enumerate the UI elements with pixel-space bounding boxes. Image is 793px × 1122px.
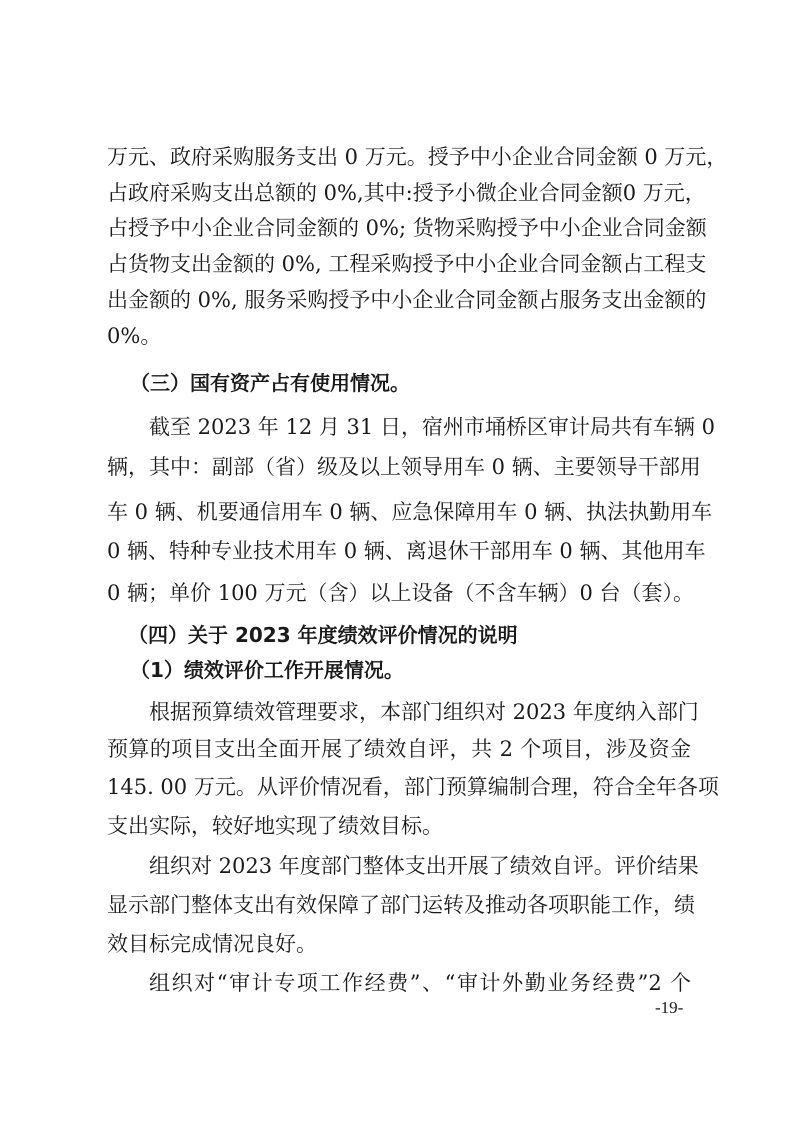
page-number: -19- [655, 998, 683, 1018]
section-heading-performance: （四）关于 2023 年度绩效评价情况的说明 [128, 622, 518, 648]
text-line: 占政府采购支出总额的 0%,其中:授予小微企业合同金额0 万元， [107, 180, 691, 206]
text-line: 辆，其中：副部（省）级及以上领导用车 0 辆、主要领导干部用 [107, 454, 691, 480]
text-line: 占货物支出金额的 0%, 工程采购授予中小企业合同金额占工程支 [107, 251, 691, 277]
text-line: 预算的项目支出全面开展了绩效自评，共 2 个项目，涉及资金 [107, 736, 691, 762]
text-line: 出金额的 0%, 服务采购授予中小企业合同金额占服务支出金额的 [107, 287, 691, 313]
text-line: 支出实际，较好地实现了绩效目标。 [107, 813, 691, 839]
text-line: 截至 2023 年 12 月 31 日，宿州市埇桥区审计局共有车辆 0 [149, 414, 691, 440]
text-line: 组织对 2023 年度部门整体支出开展了绩效自评。评价结果 [149, 853, 691, 879]
text-line: 万元、政府采购服务支出 0 万元。授予中小企业合同金额 0 万元， [107, 144, 691, 170]
subsection-heading-eval-work: （1）绩效评价工作开展情况。 [130, 657, 404, 683]
text-line: 0 辆；单价 100 万元（含）以上设备（不含车辆）0 台（套）。 [107, 580, 691, 606]
document-page: 万元、政府采购服务支出 0 万元。授予中小企业合同金额 0 万元， 占政府采购支… [0, 0, 793, 1122]
text-line: 根据预算绩效管理要求，本部门组织对 2023 年度纳入部门 [149, 699, 691, 725]
text-line: 占授予中小企业合同金额的 0%; 货物采购授予中小企业合同金额 [107, 215, 691, 241]
text-line: 0%。 [107, 323, 691, 349]
text-line: 显示部门整体支出有效保障了部门运转及推动各项职能工作，绩 [107, 892, 691, 918]
text-line: 效目标完成情况良好。 [107, 931, 691, 957]
text-line: 车 0 辆、机要通信用车 0 辆、应急保障用车 0 辆、执法执勤用车 [107, 499, 691, 525]
text-line: 0 辆、特种专业技术用车 0 辆、离退休干部用车 0 辆、其他用车 [107, 538, 691, 564]
text-line: 组织对“审计专项工作经费”、“审计外勤业务经费”2 个 [149, 970, 691, 996]
text-line: 145. 00 万元。从评价情况看，部门预算编制合理，符合全年各项 [107, 774, 691, 800]
section-heading-state-assets: （三）国有资产占有使用情况。 [130, 370, 410, 396]
